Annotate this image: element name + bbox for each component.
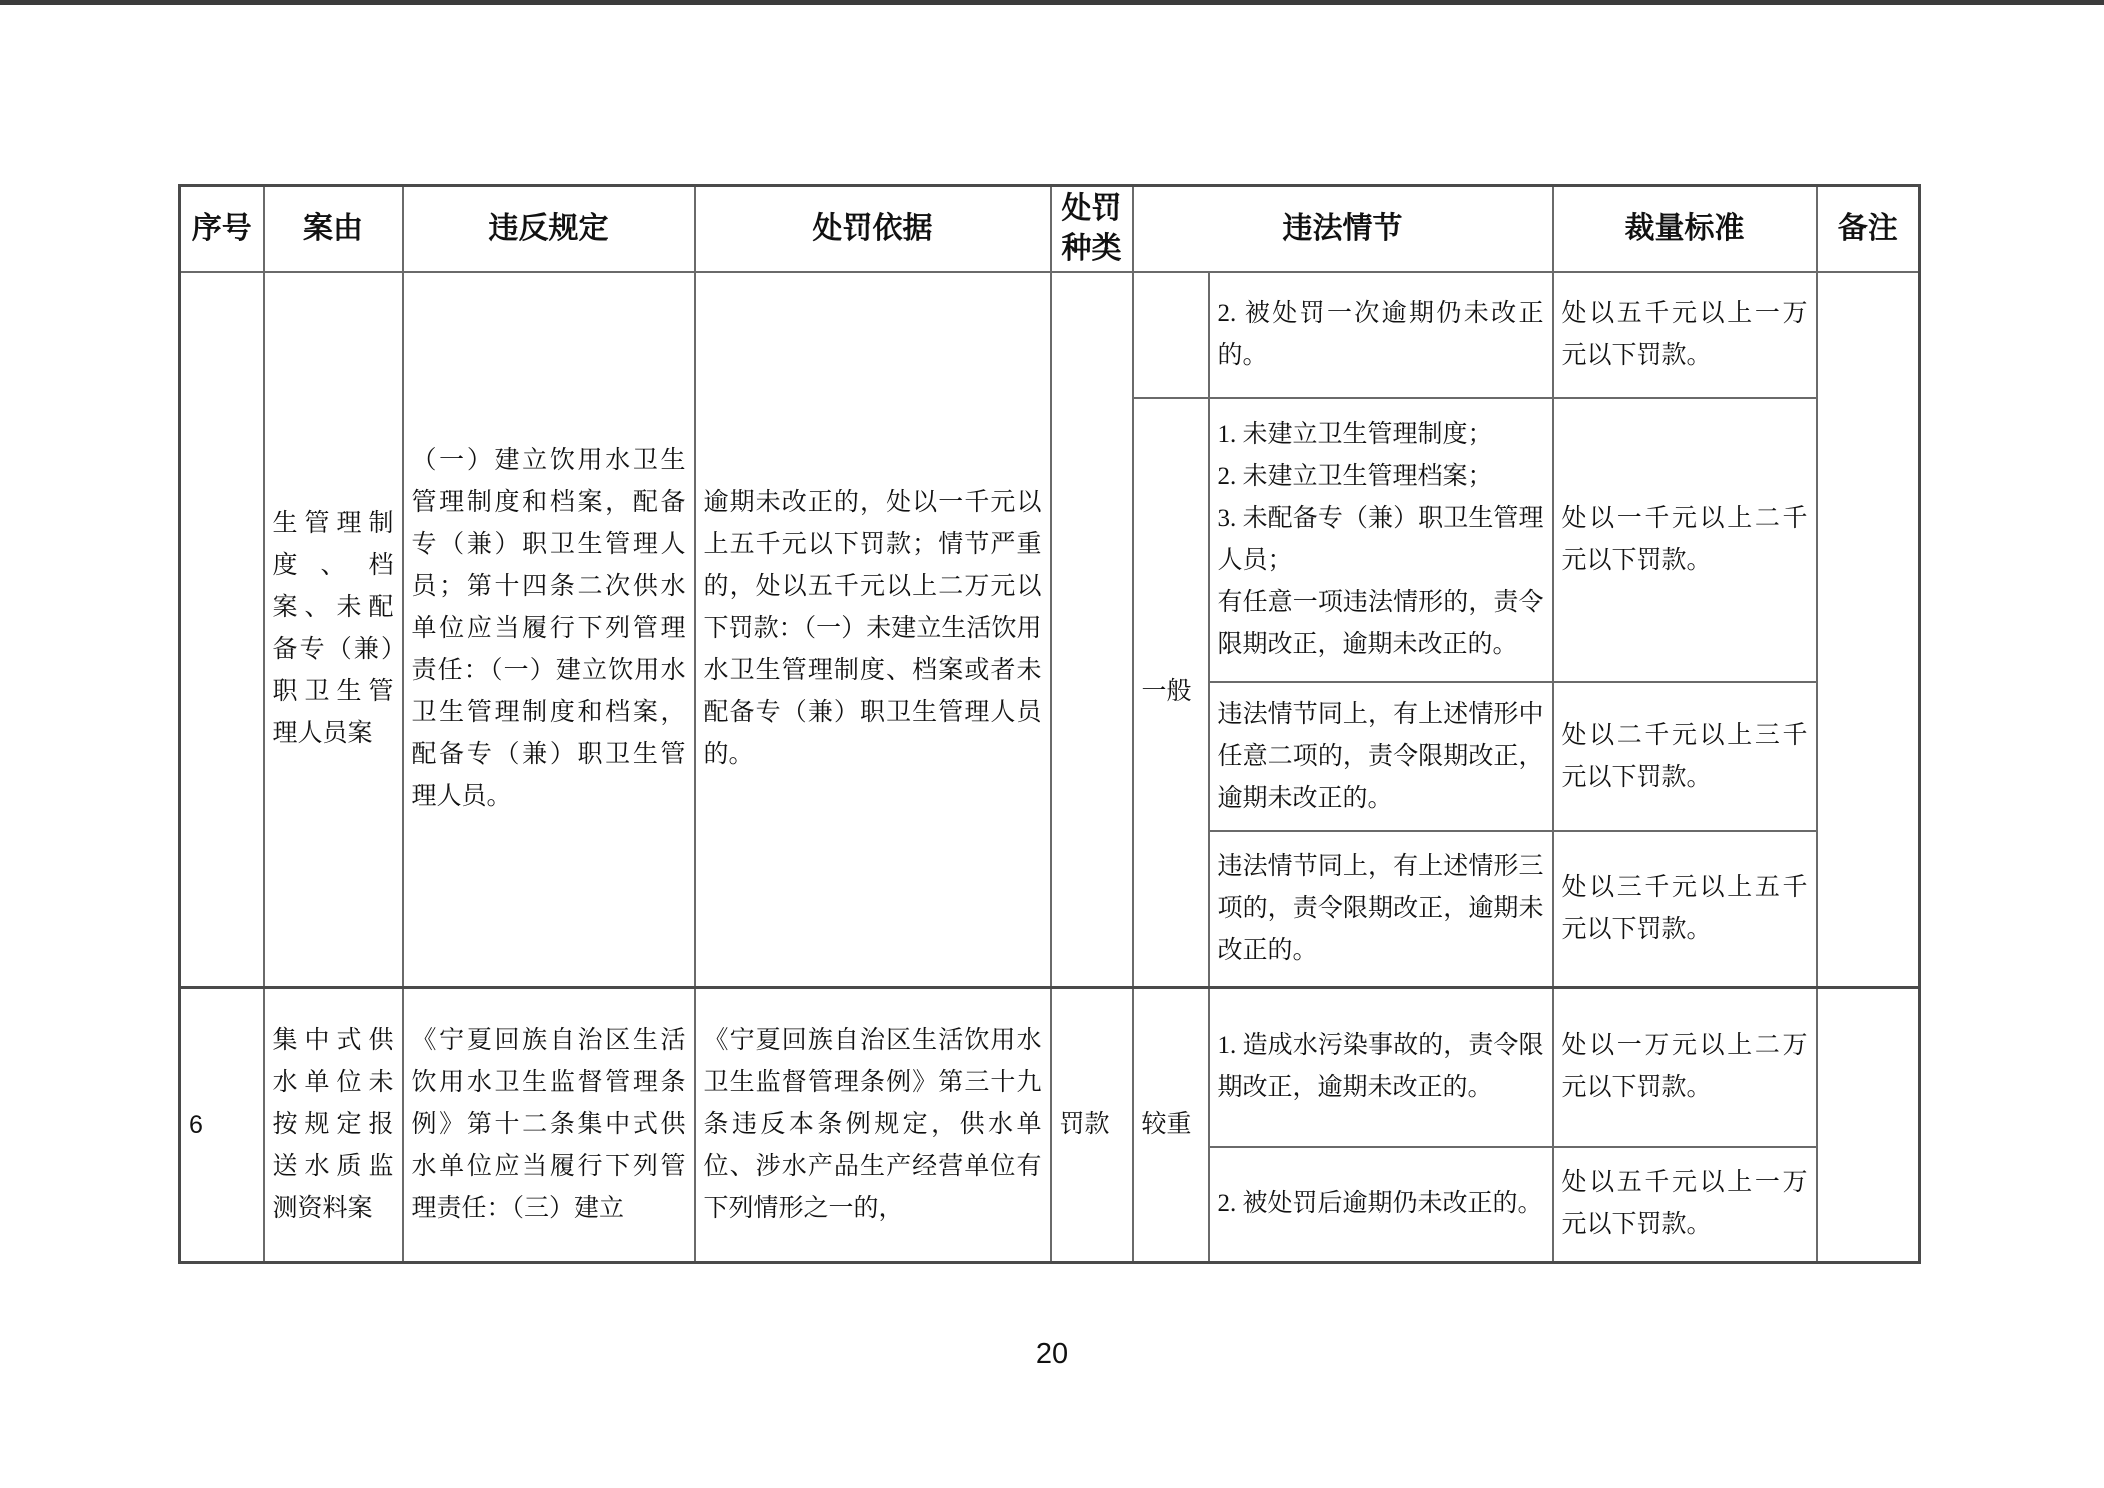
cell-standard-row5-sub2: 处以一千元以上二千元以下罚款。	[1553, 398, 1817, 682]
cell-standard-row5-sub3: 处以二千元以上三千元以下罚款。	[1553, 682, 1817, 831]
header-row: 序号 案由 违反规定 处罚依据 处罚 种类 违法情节 裁量标准 备注	[180, 186, 1920, 273]
cell-standard-row6-sub1: 处以一万元以上二万元以下罚款。	[1553, 987, 1817, 1147]
cell-penalty-type-row6: 罚款	[1051, 987, 1133, 1262]
cell-circumstance-row5-sub3: 违法情节同上，有上述情形中任意二项的，责令限期改正，逾期未改正的。	[1209, 682, 1553, 831]
window-top-edge-rule	[0, 0, 2104, 5]
cell-circumstance-row6-sub1: 1. 造成水污染事故的，责令限期改正，逾期未改正的。	[1209, 987, 1553, 1147]
cell-remark-row6	[1817, 987, 1920, 1262]
page-number: 20	[0, 1338, 2104, 1371]
cell-case-row5: 生管理制度、档案、未配备专（兼）职卫生管理人员案	[264, 272, 403, 987]
cell-circumstance-row6-sub2: 2. 被处罚后逾期仍未改正的。	[1209, 1147, 1553, 1262]
cell-case-row6: 集中式供水单位未按规定报送水质监测资料案	[264, 987, 403, 1262]
cell-standard-row5-sub4: 处以三千元以上五千元以下罚款。	[1553, 831, 1817, 987]
cell-basis-row5: 逾期未改正的，处以一千元以上五千元以下罚款；情节严重的，处以五千元以上二万元以下…	[695, 272, 1051, 987]
col-header-basis: 处罚依据	[695, 186, 1051, 273]
cell-severity-row5: 一般	[1133, 398, 1209, 987]
document-page: 序号 案由 违反规定 处罚依据 处罚 种类 违法情节 裁量标准 备注 生管理制度…	[0, 0, 2104, 1488]
cell-seq-row5	[180, 272, 264, 987]
table-row: 6 集中式供水单位未按规定报送水质监测资料案 《宁夏回族自治区生活饮用水卫生监督…	[180, 987, 1920, 1147]
cell-basis-row6: 《宁夏回族自治区生活饮用水卫生监督管理条例》第三十九条违反本条例规定，供水单位、…	[695, 987, 1051, 1262]
cell-severity-row6: 较重	[1133, 987, 1209, 1262]
col-header-penalty-type: 处罚 种类	[1051, 186, 1133, 273]
cell-violation-row5: （一）建立饮用水卫生管理制度和档案，配备专（兼）职卫生管理人员；第十四条二次供水…	[403, 272, 695, 987]
col-header-standard: 裁量标准	[1553, 186, 1817, 273]
cell-severity-row5-sub1	[1133, 272, 1209, 398]
col-header-case: 案由	[264, 186, 403, 273]
col-header-remark: 备注	[1817, 186, 1920, 273]
cell-circumstance-row5-sub2: 1. 未建立卫生管理制度； 2. 未建立卫生管理档案； 3. 未配备专（兼）职卫…	[1209, 398, 1553, 682]
col-header-circumstance: 违法情节	[1133, 186, 1553, 273]
cell-seq-row6: 6	[180, 987, 264, 1262]
cell-circumstance-row5-sub1: 2. 被处罚一次逾期仍未改正的。	[1209, 272, 1553, 398]
penalty-standards-table: 序号 案由 违反规定 处罚依据 处罚 种类 违法情节 裁量标准 备注 生管理制度…	[178, 184, 1921, 1264]
cell-standard-row6-sub2: 处以五千元以上一万元以下罚款。	[1553, 1147, 1817, 1262]
cell-standard-row5-sub1: 处以五千元以上一万元以下罚款。	[1553, 272, 1817, 398]
cell-penalty-type-row5	[1051, 272, 1133, 987]
table-row: 生管理制度、档案、未配备专（兼）职卫生管理人员案 （一）建立饮用水卫生管理制度和…	[180, 272, 1920, 398]
col-header-violation: 违反规定	[403, 186, 695, 273]
col-header-seq: 序号	[180, 186, 264, 273]
cell-remark-row5	[1817, 272, 1920, 987]
cell-violation-row6: 《宁夏回族自治区生活饮用水卫生监督管理条例》第十二条集中式供水单位应当履行下列管…	[403, 987, 695, 1262]
cell-circumstance-row5-sub4: 违法情节同上，有上述情形三项的，责令限期改正，逾期未改正的。	[1209, 831, 1553, 987]
